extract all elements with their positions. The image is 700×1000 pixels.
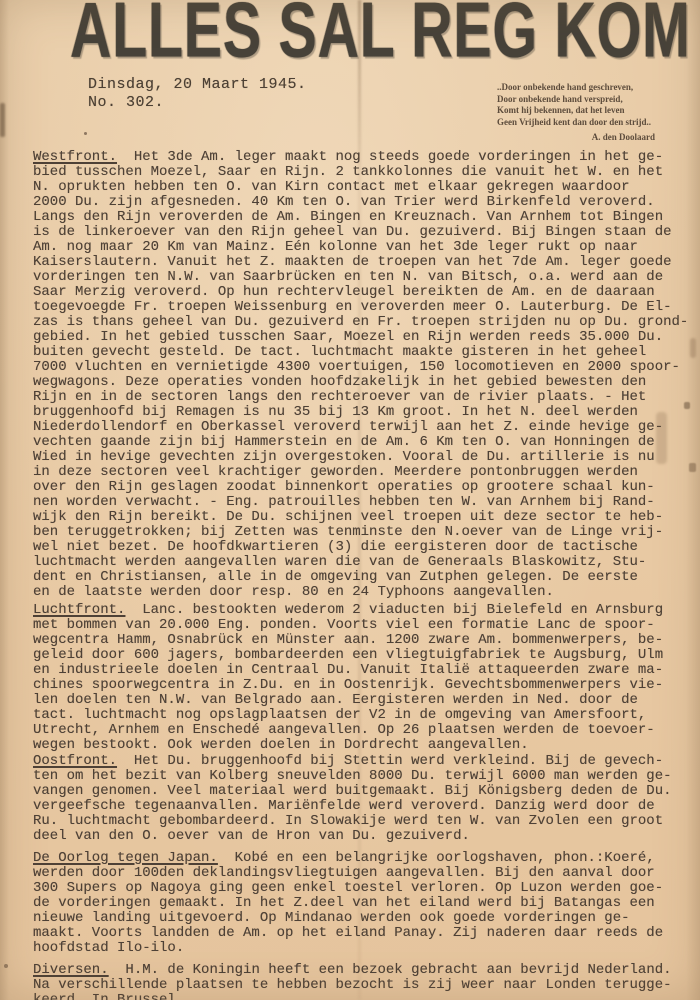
section-heading: Oostfront. (33, 753, 117, 769)
ink-smudge (0, 103, 5, 137)
section-heading: De Oorlog tegen Japan. (33, 850, 218, 866)
section-heading: Westfront. (33, 149, 117, 165)
section-heading: Luchtfront. (33, 602, 125, 618)
motto-poem: ..Door onbekende hand geschreven, Door o… (497, 82, 675, 144)
article-body: Westfront. Het 3de Am. leger maakt nog s… (33, 150, 693, 1000)
section-first-line: Oostfront. Het Du. bruggenhoofd bij Stet… (33, 754, 693, 769)
poem-attribution: A. den Doolaard (497, 132, 675, 144)
section-oostfront: Oostfront. Het Du. bruggenhoofd bij Stet… (33, 754, 693, 844)
section-first-line-text: Kobé en een belangrijke oorlogshaven, ph… (218, 850, 655, 866)
section-first-line: De Oorlog tegen Japan. Kobé en een belan… (33, 851, 693, 866)
ink-speck (4, 964, 8, 968)
section-first-line-text: Lanc. bestookten wederom 2 viaducten bij… (125, 602, 663, 618)
section-diversen: Diversen. H.M. de Koningin heeft een bez… (33, 963, 693, 1000)
section-first-line-text: Het 3de Am. leger maakt nog steeds goede… (117, 149, 663, 165)
section-first-line-text: Het Du. bruggenhoofd bij Stettin werd ve… (117, 753, 663, 769)
section-luchtfront: Luchtfront. Lanc. bestookten wederom 2 v… (33, 603, 693, 753)
section-first-line: Diversen. H.M. de Koningin heeft een bez… (33, 963, 693, 978)
section-first-line: Westfront. Het 3de Am. leger maakt nog s… (33, 150, 693, 165)
poem-lines: ..Door onbekende hand geschreven, Door o… (497, 82, 675, 128)
section-westfront: Westfront. Het 3de Am. leger maakt nog s… (33, 150, 693, 600)
newspaper-page: ALLES SAL REG KOM Dinsdag, 20 Maart 1945… (0, 0, 700, 1000)
ink-speck (84, 132, 87, 135)
issue-date: Dinsdag, 20 Maart 1945. (88, 76, 307, 94)
section-japan: De Oorlog tegen Japan. Kobé en een belan… (33, 851, 693, 956)
masthead-title: ALLES SAL REG KOM (70, 0, 691, 70)
issue-number: No. 302. (88, 94, 307, 112)
issue-block: Dinsdag, 20 Maart 1945. No. 302. (88, 76, 307, 112)
section-first-line: Luchtfront. Lanc. bestookten wederom 2 v… (33, 603, 693, 618)
section-body-lines: Na verschillende plaatsen te hebben bezo… (33, 978, 693, 1000)
section-body-lines: met bommen van 20.000 Eng. ponden. Voort… (33, 618, 693, 753)
section-heading: Diversen. (33, 962, 109, 978)
section-body-lines: ten om het bezit van Kolberg sneuvelden … (33, 769, 693, 844)
section-first-line-text: H.M. de Koningin heeft een bezoek gebrac… (109, 962, 672, 978)
section-body-lines: werden door 100den deklandingsvliegtuige… (33, 866, 693, 956)
section-body-lines: bied tusschen Moezel, Saar en Rijn. 2 ta… (33, 165, 693, 600)
